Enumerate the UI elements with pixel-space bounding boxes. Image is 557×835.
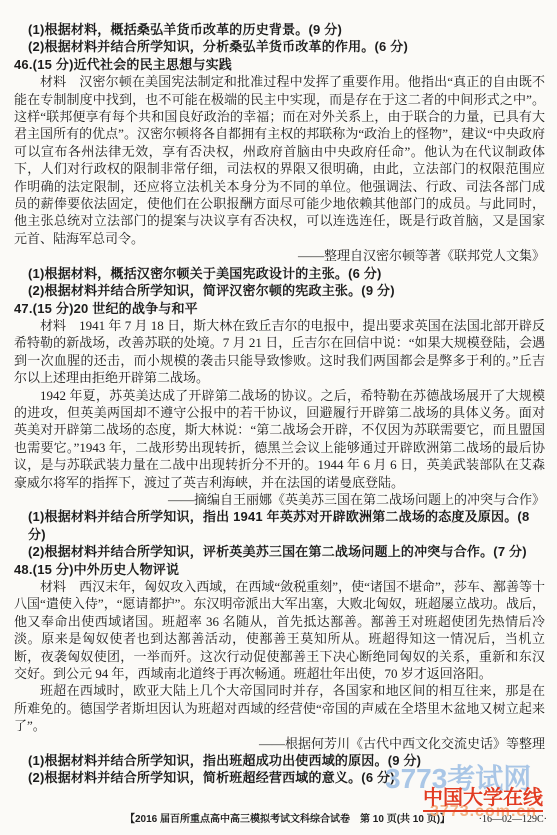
question-47-sub2: (2)根据材料并结合所学知识，评析英美苏三国在第二战场问题上的冲突与合作。(7 …: [28, 543, 545, 560]
question-48-header: 48.(15 分)中外历史人物评说: [14, 561, 545, 578]
question-46-material: 材料 汉密尔顿在美国宪法制定和批准过程中发挥了重要作用。他指出“真正的自由既不能…: [14, 73, 545, 247]
question-46-sub1: (1)根据材料，概括汉密尔顿关于美国宪政设计的主张。(6 分): [28, 265, 545, 282]
footer-exam-title: 【2016 届百所重点高中高三模拟考试文科综合试卷 第 10 页(共 10 页)…: [125, 814, 450, 826]
prev-question-sub2: (2)根据材料并结合所学知识，分析桑弘羊货币改革的作用。(6 分): [28, 38, 545, 55]
question-48-material-p1: 材料 西汉末年，匈奴攻入西域，在西域“敛税重刻”，使“诸国不堪命”，莎车、鄯善等…: [14, 578, 545, 682]
exam-content: (1)根据材料，概括桑弘羊货币改革的历史背景。(9 分) (2)根据材料并结合所…: [14, 21, 545, 787]
question-46-header: 46.(15 分)近代社会的民主思想与实践: [14, 56, 545, 73]
question-46-sub2: (2)根据材料并结合所学知识，简评汉密尔顿的宪政主张。(9 分): [28, 282, 545, 299]
question-48-material-p2: 班超在西域时，欧亚大陆上几个大帝国同时并存，各国家和地区间的相互往来，那是在所难…: [14, 682, 545, 734]
question-46-source: ——整理自汉密尔顿等著《联邦党人文集》: [28, 247, 545, 264]
question-48-source: ——根据何芳川《古代中西文化交流史话》等整理: [28, 735, 545, 752]
prev-question-sub1: (1)根据材料，概括桑弘羊货币改革的历史背景。(9 分): [28, 21, 545, 38]
question-47-source: ——摘编自王丽娜《英美苏三国在第二战场问题上的冲突与合作》: [28, 491, 545, 508]
question-47-header: 47.(15 分)20 世纪的战争与和平: [14, 300, 545, 317]
watermark-tagline: 中国大学在线: [423, 787, 543, 812]
question-47-material-p2: 1942 年夏，苏英美达成了开辟第二战场的协议。之后，希特勒在苏德战场展开了大规…: [14, 387, 545, 491]
question-47-material-p1: 材料 1941 年 7 月 18 日，斯大林在致丘吉尔的电报中，提出要求英国在法…: [14, 317, 545, 387]
exam-paper-page: (1)根据材料，概括桑弘羊货币改革的历史背景。(9 分) (2)根据材料并结合所…: [0, 0, 557, 835]
question-47-sub1: (1)根据材料并结合所学知识，指出 1941 年英苏对开辟欧洲第二战场的态度及原…: [28, 508, 545, 543]
